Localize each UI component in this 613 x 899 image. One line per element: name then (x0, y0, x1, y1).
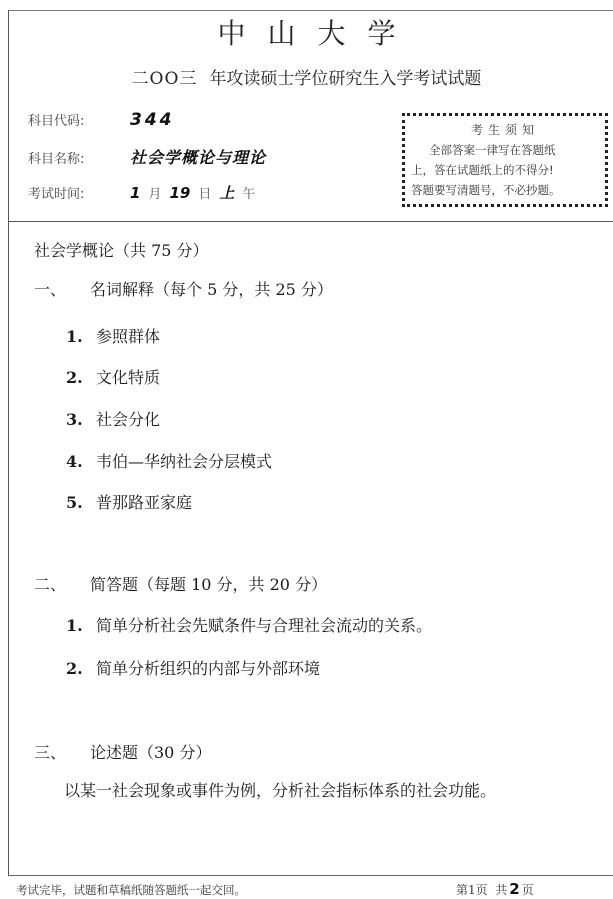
notice-line: 上，答在试题纸上的不得分! (411, 160, 599, 180)
exam-period-unit: 午 (242, 187, 255, 202)
question-item: 1.参照群体 (66, 324, 160, 347)
question-item: 4.韦伯—华纳社会分层模式 (66, 449, 272, 472)
part-number: 三、 (34, 740, 90, 763)
exam-year: 二OO三 (132, 69, 198, 89)
page-total: 2 (509, 880, 519, 898)
part-number: 二、 (34, 572, 90, 595)
university-title: 中山大学 (0, 12, 613, 52)
subject-code-value: 344 (130, 110, 175, 130)
part-heading: 二、简答题（每题 10 分，共 20 分） (34, 572, 327, 595)
exam-title-text: 年攻读硕士学位研究生入学考试试题 (209, 69, 481, 89)
question-number: 1. (66, 327, 96, 346)
question-number: 2. (66, 368, 96, 387)
question-item: 5.普那路亚家庭 (66, 490, 192, 513)
subject-name-label: 科目名称: (28, 148, 118, 167)
question-item: 2.文化特质 (66, 365, 160, 388)
question-text: 简单分析组织的内部与外部环境 (96, 659, 320, 678)
exam-title: 二OO三年攻读硕士学位研究生入学考试试题 (0, 64, 613, 89)
subject-name-row: 科目名称:社会学概论与理论 (28, 145, 266, 168)
header-divider (8, 221, 613, 222)
subject-name-value: 社会学概论与理论 (130, 148, 266, 167)
footer-note: 考试完毕，试题和草稿纸随答题纸一起交回。 (16, 882, 246, 898)
section-title: 社会学概论（共 75 分） (34, 238, 209, 261)
notice-title: 考生须知 (411, 120, 599, 140)
question-item: 2.简单分析组织的内部与外部环境 (66, 656, 320, 679)
question-text: 文化特质 (96, 368, 160, 387)
essay-question: 以某一社会现象或事件为例，分析社会指标体系的社会功能。 (64, 778, 496, 801)
notice-line: 答题要写清题号，不必抄题。 (411, 180, 599, 200)
question-number: 5. (66, 493, 96, 512)
exam-day-unit: 日 (198, 187, 211, 202)
question-text: 韦伯—华纳社会分层模式 (96, 452, 272, 471)
part-number: 一、 (34, 277, 90, 300)
question-number: 3. (66, 410, 96, 429)
question-text: 普那路亚家庭 (96, 493, 192, 512)
subject-code-label: 科目代码: (28, 110, 118, 129)
part-heading: 一、名词解释（每个 5 分，共 25 分） (34, 277, 333, 300)
question-text: 社会分化 (96, 410, 160, 429)
exam-time-label: 考试时间: (28, 183, 118, 202)
question-item: 1.简单分析社会先赋条件与合理社会流动的关系。 (66, 613, 432, 636)
exam-month-value: 1 (130, 184, 140, 202)
question-item: 3.社会分化 (66, 407, 160, 430)
part-heading: 三、论述题（30 分） (34, 740, 211, 763)
page-total-prefix: 共 (495, 883, 507, 897)
question-text: 简单分析社会先赋条件与合理社会流动的关系。 (96, 616, 432, 635)
question-number: 1. (66, 616, 96, 635)
page-total-suffix: 页 (522, 883, 534, 897)
exam-time-row: 考试时间:1月19日上午 (28, 182, 263, 203)
exam-month-unit: 月 (148, 187, 161, 202)
subject-code-row: 科目代码:344 (28, 110, 175, 130)
candidate-notice-box: 考生须知 全部答案一律写在答题纸 上，答在试题纸上的不得分! 答题要写清题号，不… (402, 113, 608, 207)
notice-line: 全部答案一律写在答题纸 (411, 140, 599, 160)
question-number: 2. (66, 659, 96, 678)
part-title: 论述题（30 分） (90, 743, 211, 762)
page-indicator: 第1页 共2页 (456, 880, 534, 898)
exam-day-value: 19 (169, 184, 190, 202)
question-number: 4. (66, 452, 96, 471)
page-current: 第1页 (456, 883, 488, 897)
exam-period-value: 上 (219, 184, 234, 202)
question-text: 参照群体 (96, 327, 160, 346)
part-title: 名词解释（每个 5 分，共 25 分） (90, 280, 333, 299)
part-title: 简答题（每题 10 分，共 20 分） (90, 575, 327, 594)
